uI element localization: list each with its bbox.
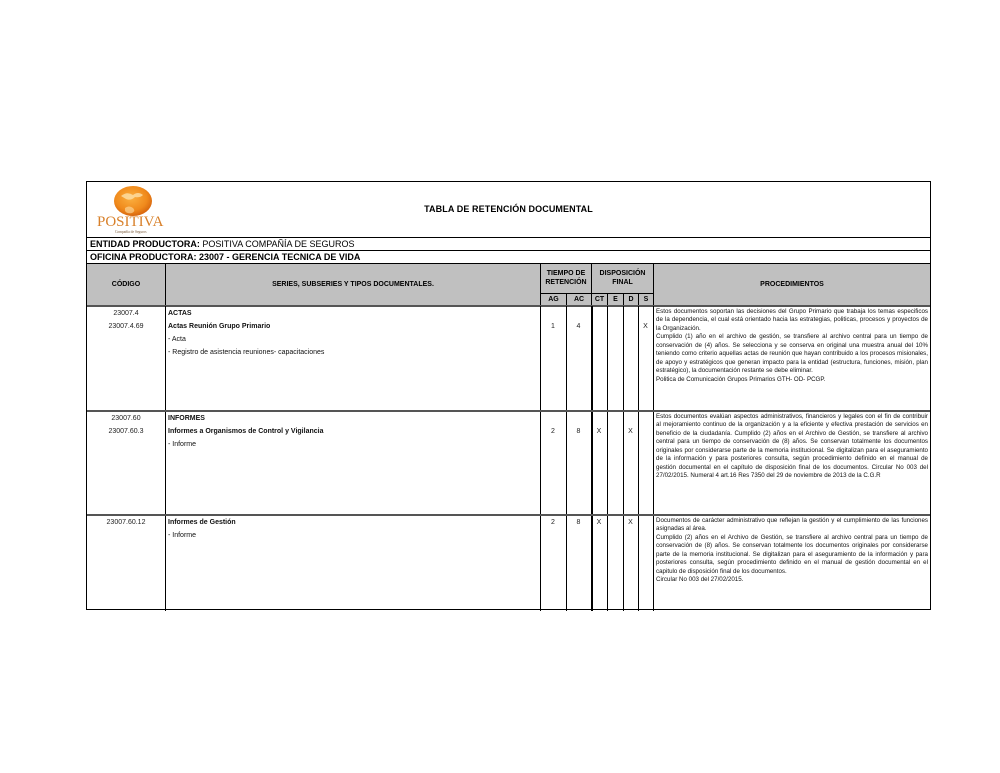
table-row: 23007.60 23007.60.3 INFORMES Informes a … — [87, 412, 930, 515]
disposicion-line2: FINAL — [612, 279, 633, 288]
series-cell: INFORMES Informes a Organismos de Contro… — [166, 412, 538, 451]
svg-text:POSITIVA: POSITIVA — [97, 214, 164, 230]
disposicion-line1: DISPOSICIÓN — [600, 270, 646, 279]
ac-value: 4 — [566, 320, 591, 333]
col-header-disposicion-final: DISPOSICIÓN FINAL — [591, 264, 653, 293]
series-cell: Informes de Gestión - Informe — [166, 516, 538, 542]
ac-value: 8 — [566, 516, 591, 529]
table-row: 23007.60.12 Informes de Gestión - Inform… — [87, 516, 930, 609]
ag-value: 2 — [540, 516, 566, 529]
ct-mark: X — [591, 516, 607, 529]
procedimiento-paragraph: Cumplido (1) año en el archivo de gestió… — [656, 333, 928, 375]
col-header-codigo: CÓDIGO — [87, 264, 165, 306]
series-code: 23007.4 — [87, 307, 165, 320]
col-header-tiempo-retencion: TIEMPO DE RETENCIÓN — [540, 264, 591, 293]
tipo-documental: - Informe — [168, 438, 538, 451]
ag-value: 1 — [540, 320, 566, 333]
col-header-procedimientos: PROCEDIMIENTOS — [653, 264, 930, 306]
oficina-value: 23007 - GERENCIA TECNICA DE VIDA — [199, 252, 360, 262]
procedimientos-cell: Estos documentos evalúan aspectos admini… — [654, 412, 930, 481]
s-mark: X — [638, 320, 653, 333]
procedimiento-paragraph: Estos documentos evalúan aspectos admini… — [656, 413, 928, 481]
subseries-name: Informes de Gestión — [168, 516, 538, 529]
table-row: 23007.4 23007.4.69 ACTAS Actas Reunión G… — [87, 307, 930, 411]
series-name: INFORMES — [168, 412, 538, 425]
procedimiento-paragraph: Cumplido (2) años en el Archivo de Gesti… — [656, 534, 928, 576]
ag-value: 2 — [540, 425, 566, 438]
series-code: 23007.60 — [87, 412, 165, 425]
title-block: POSITIVA Compañía de Seguros TABLA DE RE… — [87, 182, 930, 238]
oficina-label: OFICINA PRODUCTORA: — [90, 252, 197, 262]
tipo-documental: - Acta — [168, 333, 538, 346]
subseries-name: Informes a Organismos de Control y Vigil… — [168, 425, 538, 438]
col-header-series: SERIES, SUBSERIES Y TIPOS DOCUMENTALES. — [165, 264, 540, 306]
procedimiento-paragraph: Estos documentos soportan las decisiones… — [656, 308, 928, 333]
entidad-label: ENTIDAD PRODUCTORA: — [90, 239, 200, 249]
procedimiento-paragraph: Circular No 003 del 27/02/2015. — [656, 576, 928, 584]
tiempo-line1: TIEMPO DE — [547, 270, 586, 279]
ac-value: 8 — [566, 425, 591, 438]
subseries-code: 23007.60.12 — [87, 516, 165, 529]
series-cell: ACTAS Actas Reunión Grupo Primario - Act… — [166, 307, 538, 359]
d-mark: X — [623, 425, 638, 438]
subseries-code: 23007.60.3 — [87, 425, 165, 438]
procedimiento-paragraph: Documentos de carácter administrativo qu… — [656, 517, 928, 534]
tipo-documental: - Registro de asistencia reuniones- capa… — [168, 346, 538, 359]
tiempo-line2: RETENCIÓN — [545, 279, 586, 288]
document-title: TABLA DE RETENCIÓN DOCUMENTAL — [87, 204, 930, 214]
d-mark: X — [623, 516, 638, 529]
subseries-code: 23007.4.69 — [87, 320, 165, 333]
ct-mark: X — [591, 425, 607, 438]
procedimientos-cell: Estos documentos soportan las decisiones… — [654, 307, 930, 384]
retention-table-sheet: POSITIVA Compañía de Seguros TABLA DE RE… — [86, 181, 931, 610]
entidad-value: POSITIVA COMPAÑÍA DE SEGUROS — [202, 239, 354, 249]
subseries-name: Actas Reunión Grupo Primario — [168, 320, 538, 333]
svg-text:Compañía de Seguros: Compañía de Seguros — [115, 230, 147, 234]
series-name: ACTAS — [168, 307, 538, 320]
procedimientos-cell: Documentos de carácter administrativo qu… — [654, 516, 930, 585]
tipo-documental: - Informe — [168, 529, 538, 542]
procedimiento-paragraph: Politica de Comunicación Grupos Primario… — [656, 376, 928, 384]
